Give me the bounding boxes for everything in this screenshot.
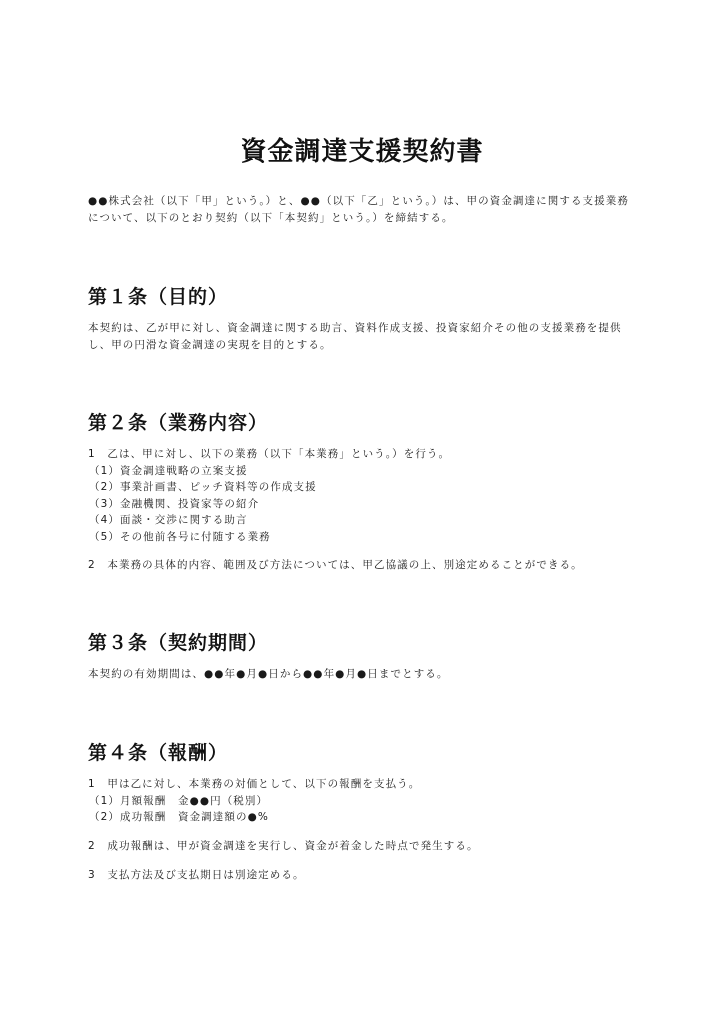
spacer — [88, 826, 638, 838]
article-4-clause-3: 3 支払方法及び支払期日は別途定める。 — [88, 867, 638, 884]
list-item: （5）その他前各号に付随する業務 — [88, 529, 638, 545]
article-1: 第１条（目的） 本契約は、乙が甲に対し、資金調達に関する助言、資料作成支援、投資… — [88, 284, 638, 354]
list-item: （2）成功報酬 資金調達額の●% — [88, 809, 638, 825]
article-2-item-list: （1）資金調達戦略の立案支援 （2）事業計画書、ピッチ資料等の作成支援 （3）金… — [88, 463, 638, 545]
article-2-heading: 第２条（業務内容） — [88, 410, 638, 436]
article-3: 第３条（契約期間） 本契約の有効期間は、●●年●月●日から●●年●月●日までとす… — [88, 630, 638, 683]
article-1-heading: 第１条（目的） — [88, 284, 638, 310]
list-item: （2）事業計画書、ピッチ資料等の作成支援 — [88, 479, 638, 495]
article-4-clause-2: 2 成功報酬は、甲が資金調達を実行し、資金が着金した時点で発生する。 — [88, 838, 638, 855]
article-4-item-list: （1）月額報酬 金●●円（税別） （2）成功報酬 資金調達額の●% — [88, 793, 638, 826]
document-page: 資金調達支援契約書 ●●株式会社（以下「甲」という。）と、●●（以下「乙」という… — [0, 0, 724, 1024]
list-item: （1）資金調達戦略の立案支援 — [88, 463, 638, 479]
document-title: 資金調達支援契約書 — [0, 135, 724, 169]
list-item: （3）金融機関、投資家等の紹介 — [88, 496, 638, 512]
article-2-clause-2: 2 本業務の具体的内容、範囲及び方法については、甲乙協議の上、別途定めることがで… — [88, 557, 638, 574]
preamble-section: ●●株式会社（以下「甲」という。）と、●●（以下「乙」という。）は、甲の資金調達… — [88, 193, 638, 227]
spacer — [88, 855, 638, 867]
article-4-heading: 第４条（報酬） — [88, 740, 638, 766]
article-3-body: 本契約の有効期間は、●●年●月●日から●●年●月●日までとする。 — [88, 666, 638, 683]
article-1-body: 本契約は、乙が甲に対し、資金調達に関する助言、資料作成支援、投資家紹介その他の支… — [88, 320, 638, 354]
list-item: （1）月額報酬 金●●円（税別） — [88, 793, 638, 809]
article-4: 第４条（報酬） 1 甲は乙に対し、本業務の対価として、以下の報酬を支払う。 （1… — [88, 740, 638, 884]
article-2-clause-1: 1 乙は、甲に対し、以下の業務（以下「本業務」という。）を行う。 — [88, 446, 638, 463]
preamble-text: ●●株式会社（以下「甲」という。）と、●●（以下「乙」という。）は、甲の資金調達… — [88, 193, 638, 227]
spacer — [88, 545, 638, 557]
article-4-clause-1: 1 甲は乙に対し、本業務の対価として、以下の報酬を支払う。 — [88, 776, 638, 793]
list-item: （4）面談・交渉に関する助言 — [88, 512, 638, 528]
article-3-heading: 第３条（契約期間） — [88, 630, 638, 656]
article-2: 第２条（業務内容） 1 乙は、甲に対し、以下の業務（以下「本業務」という。）を行… — [88, 410, 638, 574]
